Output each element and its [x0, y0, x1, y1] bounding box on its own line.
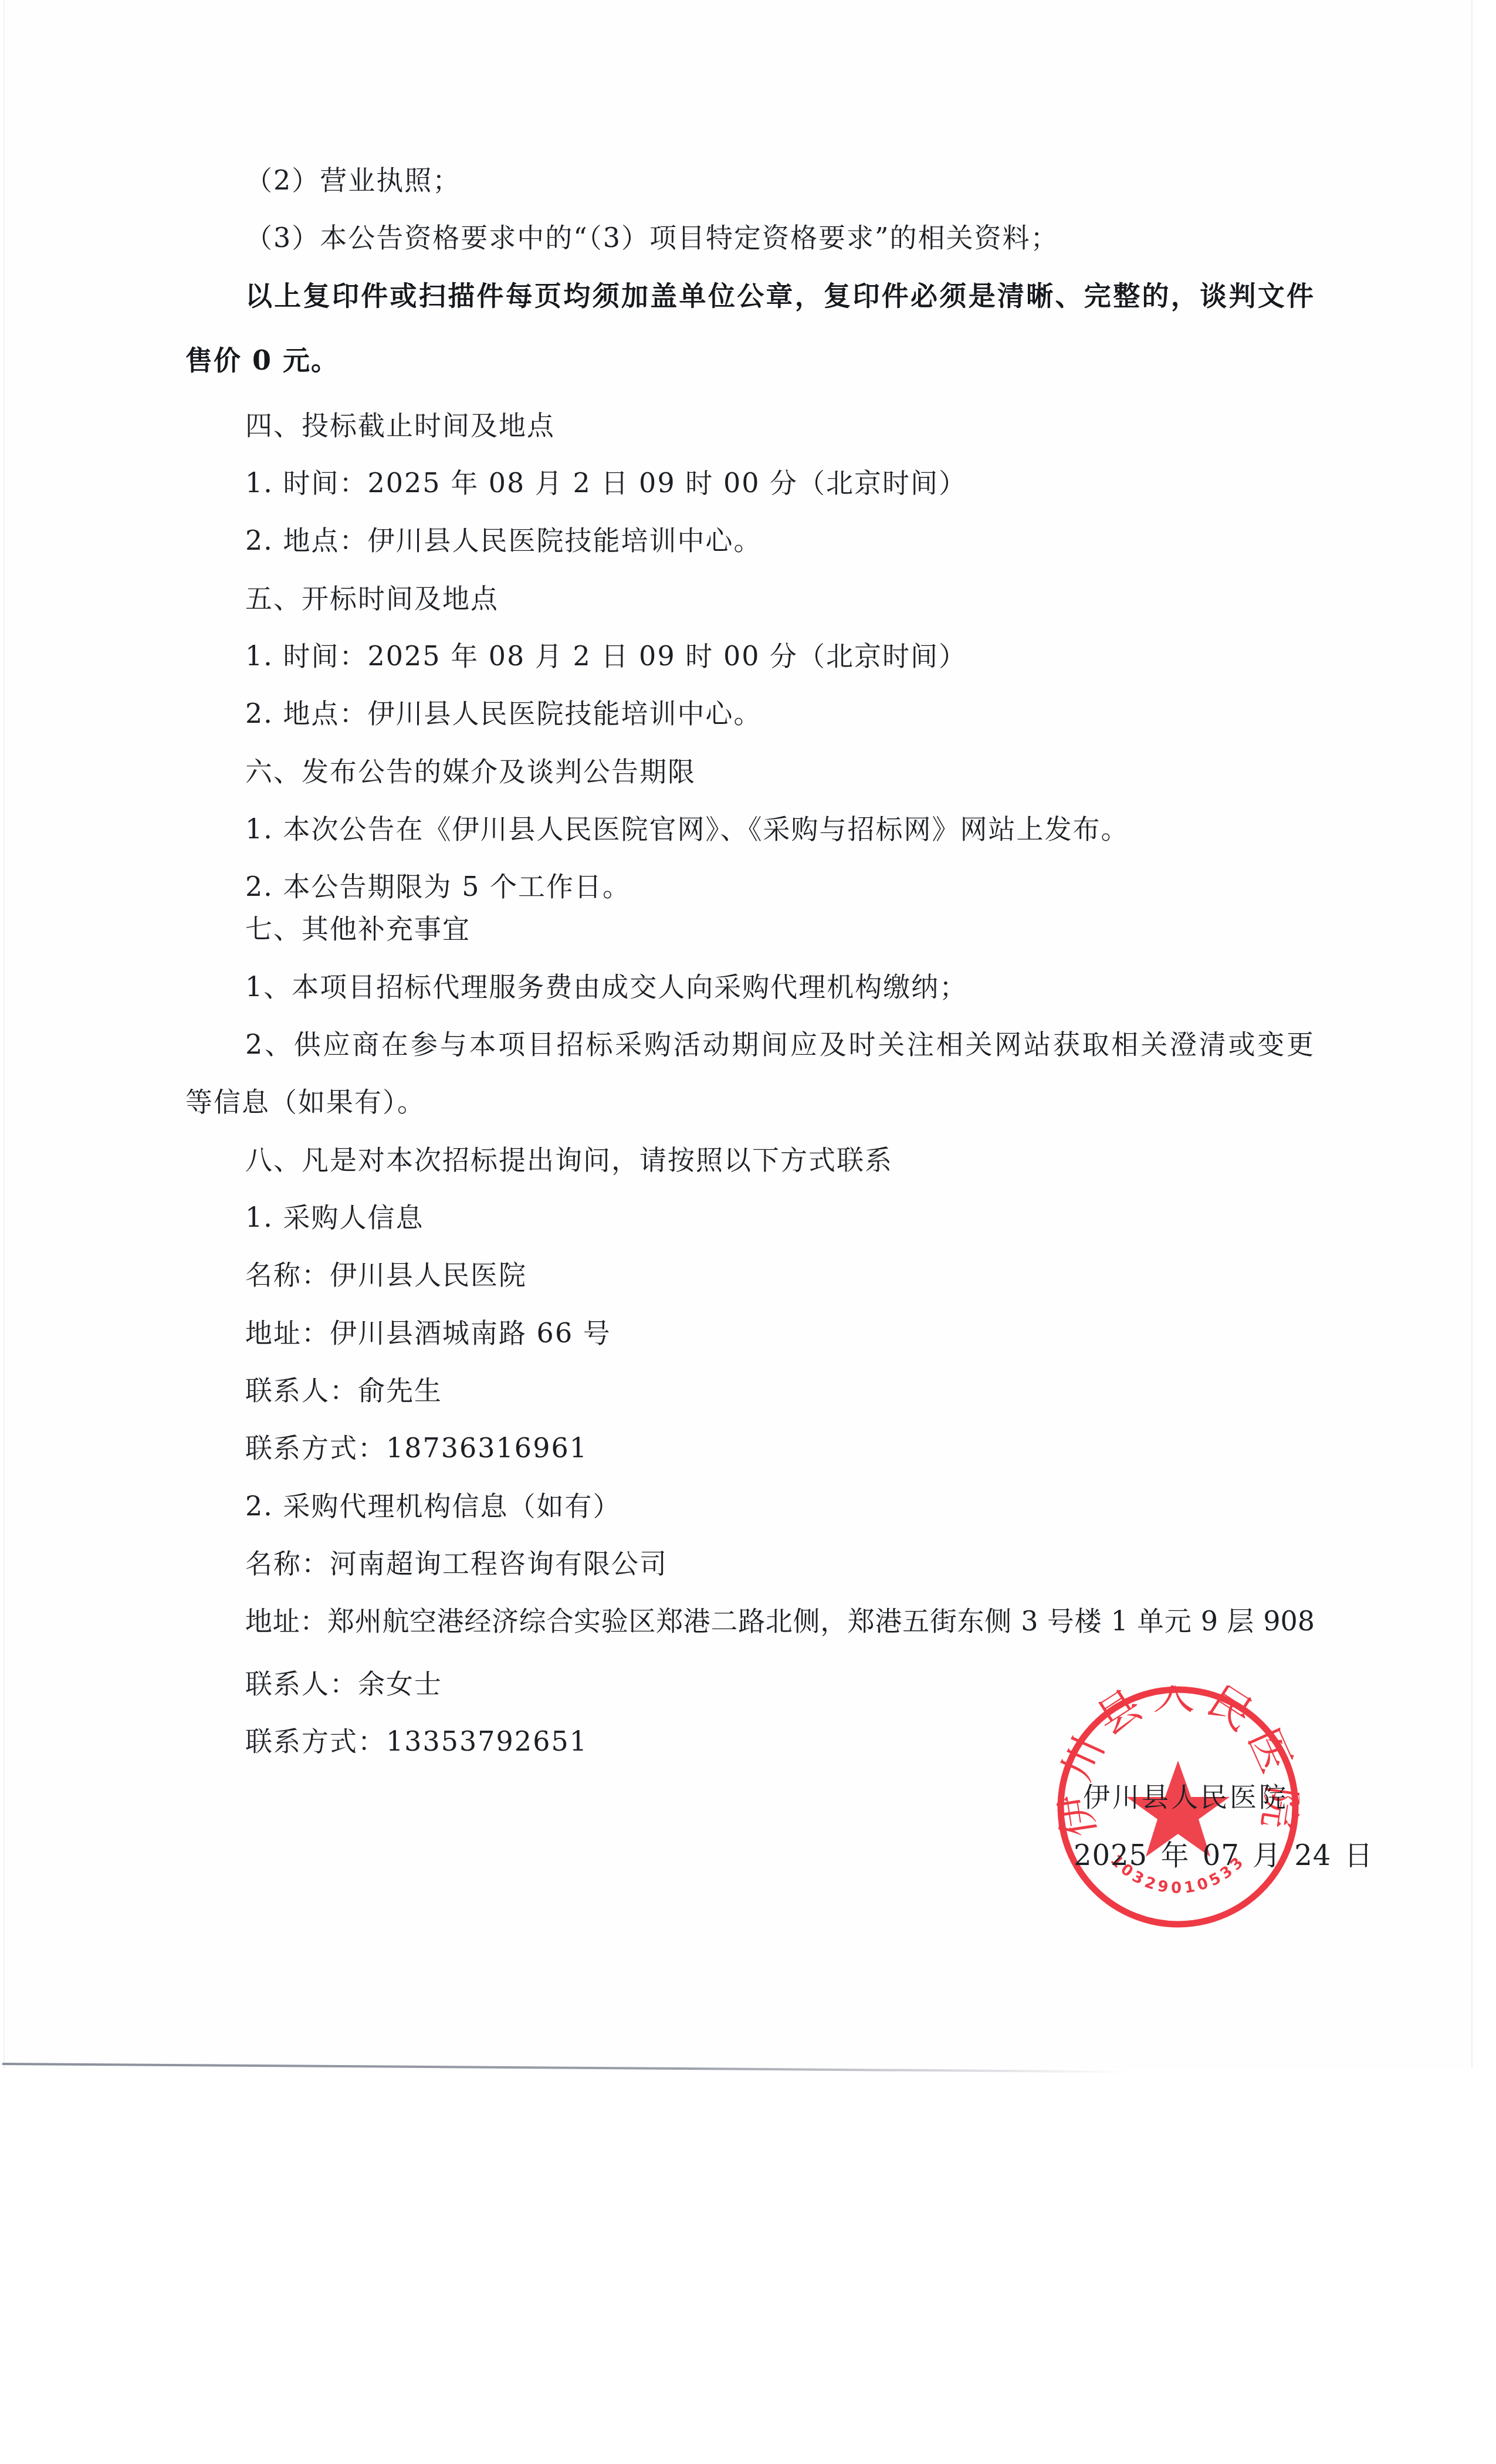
heading-publication-media: 六、发布公告的媒介及谈判公告期限: [245, 754, 696, 789]
line-agency-fee: 1、本项目招标代理服务费由成交人向采购代理机构缴纳；: [245, 969, 967, 1004]
agency-phone: 联系方式：13353792651: [245, 1724, 588, 1759]
line-bid-deadline-time: 1. 时间：2025 年 08 月 2 日 09 时 00 分（北京时间）: [245, 465, 967, 500]
line-bid-deadline-place: 2. 地点：伊川县人民医院技能培训中心。: [245, 523, 762, 558]
agency-name: 名称：河南超询工程咨询有限公司: [245, 1546, 668, 1581]
line-price-zero: 售价 0 元。: [185, 343, 339, 378]
purchaser-address: 地址：伊川县酒城南路 66 号: [245, 1315, 611, 1351]
signature-date: 2025 年 07 月 24 日: [1074, 1838, 1373, 1873]
line-supplier-notice-cont: 等信息（如果有）。: [185, 1084, 425, 1119]
line-publication-period: 2. 本公告期限为 5 个工作日。: [245, 869, 631, 904]
heading-bid-deadline: 四、投标截止时间及地点: [245, 408, 555, 443]
line-supplier-notice: 2、供应商在参与本项目招标采购活动期间应及时关注相关网站获取相关澄清或变更: [245, 1027, 1315, 1062]
line-bid-opening-place: 2. 地点：伊川县人民医院技能培训中心。: [245, 696, 762, 731]
line-copies-stamp-notice: 以上复印件或扫描件每页均须加盖单位公章，复印件必须是清晰、完整的，谈判文件: [245, 278, 1315, 313]
purchaser-contact-person: 联系人：俞先生: [245, 1373, 442, 1408]
line-business-license: （2）营业执照；: [245, 163, 461, 198]
heading-contact: 八、凡是对本次招标提出询问，请按照以下方式联系: [245, 1142, 893, 1177]
heading-bid-opening: 五、开标时间及地点: [245, 581, 499, 616]
scanned-page: （2）营业执照； （3）本公告资格要求中的“（3）项目特定资格要求”的相关资料；…: [4, 0, 1473, 2069]
heading-purchaser-info: 1. 采购人信息: [245, 1200, 424, 1235]
heading-other-matters: 七、其他补充事宜: [245, 911, 471, 946]
purchaser-phone: 联系方式：18736316961: [245, 1430, 588, 1465]
line-publication-sites: 1. 本次公告在《伊川县人民医院官网》、《采购与招标网》网站上发布。: [245, 811, 1129, 847]
agency-contact-person: 联系人：余女士: [245, 1666, 442, 1701]
line-bid-opening-time: 1. 时间：2025 年 08 月 2 日 09 时 00 分（北京时间）: [245, 638, 967, 673]
purchaser-name: 名称：伊川县人民医院: [245, 1257, 527, 1292]
agency-address: 地址：郑州航空港经济综合实验区郑港二路北侧，郑港五街东侧 3 号楼 1 单元 9…: [245, 1603, 1315, 1639]
heading-agency-info: 2. 采购代理机构信息（如有）: [245, 1488, 621, 1524]
signature-organization: 伊川县人民医院: [1083, 1779, 1288, 1815]
line-specific-qualification: （3）本公告资格要求中的“（3）项目特定资格要求”的相关资料；: [245, 220, 1059, 255]
